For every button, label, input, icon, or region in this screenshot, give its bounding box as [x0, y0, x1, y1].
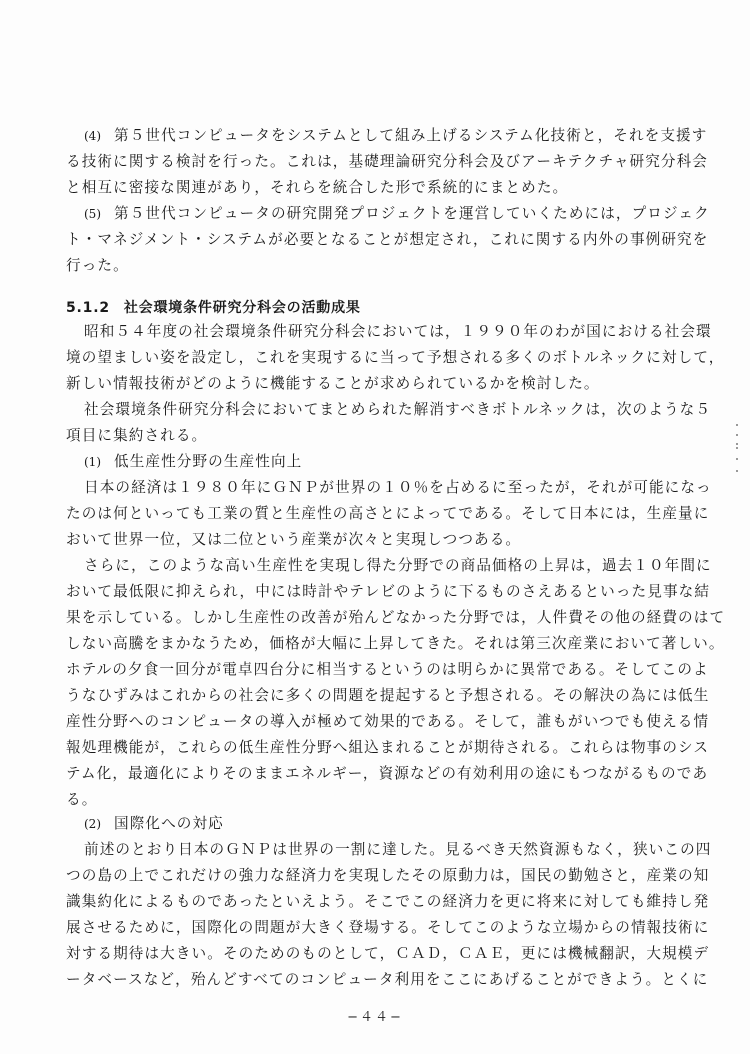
sub1-p2-line-2: おいて最低限に抑えられ，中には時計やテレビのように下るものさえあるといった見事な… — [66, 582, 706, 602]
sub1-p2-line-10: る。 — [66, 790, 706, 810]
sub2-p1-line-5: 対する期待は大きい。そのためのものとして，ＣＡＤ，ＣＡＥ，更には機械翻訳，大規模… — [66, 944, 706, 964]
sub1-p2-line-3: 果を示している。しかし生産性の改善が殆んどなかった分野では，人件費その他の経費の… — [66, 608, 706, 628]
scan-artifact-dots — [736, 420, 740, 480]
item-4-marker: (4) — [84, 126, 114, 146]
sub1-p2-line-9: テム化，最適化によりそのままエネルギー，資源などの有効利用の途にもつながるもので… — [66, 764, 706, 784]
sub2-p1-line-6: ータベースなど，殆んどすべてのコンピュータ利用をここにあげることができよう。とく… — [66, 970, 706, 990]
page-number: −４４− — [0, 1006, 750, 1025]
sub1-p2-line-6: うなひずみはこれからの社会に多くの問題を提起すると予想される。その解決の為には低… — [66, 686, 706, 706]
sub1-p2-line-1: さらに，このような高い生産性を実現し得た分野での商品価格の上昇は，過去１０年間に — [84, 556, 724, 576]
intro-p2-line-2: 項目に集約される。 — [66, 426, 706, 446]
sub1-p2-line-5: ホテルの夕食一回分が電卓四台分に相当するというのは明らかに異常である。そしてこの… — [66, 660, 706, 680]
intro-p2-line-1: 社会環境条件研究分科会においてまとめられた解消すべきボトルネックは，次のような５ — [84, 400, 724, 420]
section-title: 社会環境条件研究分科会の活動成果 — [124, 300, 361, 316]
subsection-1-title: 低生産性分野の生産性向上 — [114, 453, 302, 470]
sub1-p1-line-1: 日本の経済は１９８０年にＧＮＰが世界の１０％を占めるに至ったが，それが可能になっ — [84, 478, 724, 498]
intro-p1-line-3: 新しい情報技術がどのように機能することが求められているかを検討した。 — [66, 374, 706, 394]
sub1-p2-line-7: 産性分野へのコンピュータの導入が極めて効果的である。そして，誰もがいつでも使える… — [66, 712, 706, 732]
section-number: 5.1.2 — [66, 300, 110, 316]
sub1-p2-line-8: 報処理機能が，これらの低生産性分野へ組込まれることが期待される。これらは物事のシ… — [66, 738, 706, 758]
item-5-line-3: 行った。 — [66, 256, 706, 276]
subsection-2-marker: (2) — [84, 814, 114, 834]
sub2-p1-line-1: 前述のとおり日本のＧＮＰは世界の一割に達した。見るべき天然資源もなく，狭いこの四 — [84, 840, 724, 860]
subsection-2-title: 国際化への対応 — [114, 815, 224, 832]
item-4-line-2: る技術に関する検討を行った。これは，基礎理論研究分科会及びアーキテクチャ研究分科… — [66, 152, 706, 172]
document-page: (4)第５世代コンピュータをシステムとして組み上げるシステム化技術と，それを支援… — [0, 0, 750, 1054]
sub2-p1-line-2: つの島の上でこれだけの強力な経済力を実現したその原動力は，国民の勤勉さと，産業の… — [66, 866, 706, 886]
item-5-marker: (5) — [84, 204, 114, 224]
sub1-p1-line-3: おいて世界一位，又は二位という産業が次々と実現しつつある。 — [66, 530, 706, 550]
intro-p1-line-1: 昭和５４年度の社会環境条件研究分科会においては，１９９０年のわが国における社会環 — [84, 322, 724, 342]
item-5-line-1: (5)第５世代コンピュータの研究開発プロジェクトを運営していくためには，プロジェ… — [84, 204, 724, 224]
sub2-p1-line-3: 識集約化によるものであったといえよう。そこでこの経済力を更に将来に対しても維持し… — [66, 892, 706, 912]
item-4-line-1: (4)第５世代コンピュータをシステムとして組み上げるシステム化技術と，それを支援… — [84, 126, 724, 146]
subsection-2-heading: (2)国際化への対応 — [84, 814, 724, 834]
item-4-line-3: と相互に密接な関連があり，それらを統合した形で系統的にまとめた。 — [66, 178, 706, 198]
intro-p1-line-2: 境の望ましい姿を設定し，これを実現するに当って予想される多くのボトルネックに対し… — [66, 348, 706, 368]
sub1-p1-line-2: たのは何といっても工業の質と生産性の高さとによってである。そして日本には，生産量… — [66, 504, 706, 524]
sub2-p1-line-4: 展させるために，国際化の問題が大きく登場する。そしてこのような立場からの情報技術… — [66, 918, 706, 938]
sub1-p2-line-4: しない高騰をまかなうため，価格が大幅に上昇してきた。それは第三次産業において著し… — [66, 634, 706, 654]
item-5-line-2: ト・マネジメント・システムが必要となることが想定され，これに関する内外の事例研究… — [66, 230, 706, 250]
section-heading: 5.1.2社会環境条件研究分科会の活動成果 — [66, 298, 706, 318]
subsection-1-marker: (1) — [84, 452, 114, 472]
subsection-1-heading: (1)低生産性分野の生産性向上 — [84, 452, 724, 472]
